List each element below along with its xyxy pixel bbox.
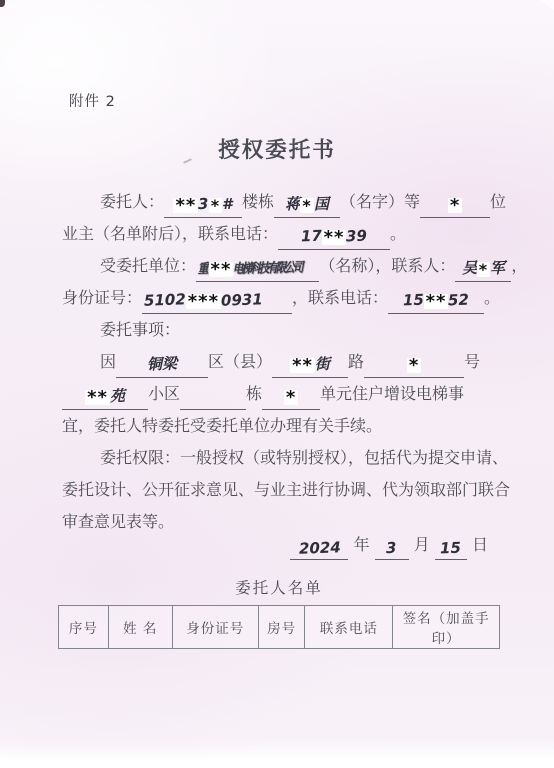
line-address-1: 因铜梁区（县）**街路*号	[62, 346, 508, 378]
principal-blank: **3*#	[164, 192, 242, 218]
handwriting-org: 重	[198, 258, 207, 282]
col-signature: 签名（加盖手印）	[393, 606, 500, 649]
period: 。	[390, 224, 406, 243]
mask-star: *	[284, 390, 298, 405]
estate-blank: **苑	[62, 384, 148, 410]
roster-heading: 委托人名单	[58, 576, 500, 598]
document-title: 授权委托书	[0, 133, 554, 164]
date-line: 2024 年 3 月 15 日	[290, 530, 488, 560]
handwriting-id: 5102	[144, 287, 187, 312]
owner-count-blank: *	[420, 192, 490, 218]
line-principal: 委托人：**3*#楼栋蒋*国（名字）等*位	[62, 186, 508, 218]
month-label: 月	[414, 535, 430, 554]
mask-star: *	[209, 198, 222, 213]
mask-star: *	[300, 198, 313, 213]
handwriting-phone: 17	[300, 224, 322, 249]
month-blank: 3	[375, 536, 409, 560]
contact-blank: 吴*军	[455, 256, 511, 282]
district-label: 区（县）	[208, 352, 272, 371]
id-blank: 5102***0931	[142, 288, 292, 314]
handwriting-org: 电梯科技有限公司	[233, 257, 302, 282]
agent-org-blank: 重**电梯科技有限公司	[196, 256, 319, 282]
roster-table: 序号 姓 名 身份证号 房号 联系电话 签名（加盖手印）	[58, 605, 500, 649]
because-label: 因	[100, 352, 116, 371]
day-label: 日	[472, 535, 488, 554]
handwriting-district: 铜梁	[147, 351, 178, 376]
line-authority-2: 委托设计、公开征求意见、与业主进行协调、代为领取部门联合	[62, 474, 508, 506]
line-agent-org: 受委托单位：重**电梯科技有限公司（名称），联系人：吴*军，	[62, 250, 508, 282]
mask-stars: **	[85, 390, 110, 405]
building-no-label: 栋	[246, 384, 262, 403]
scanned-document: 附件 2 授权委托书 委托人：**3*#楼栋蒋*国（名字）等*位 业主（名单附后…	[0, 0, 554, 768]
mask-star: *	[448, 198, 462, 213]
day-blank: 15	[435, 536, 467, 560]
mask-stars: **	[290, 358, 315, 373]
mask-stars: **	[209, 262, 234, 277]
district-blank: 铜梁	[116, 352, 208, 378]
owner-phone-blank: 17**39	[278, 224, 390, 250]
handwriting-phone: 39	[346, 224, 368, 249]
col-serial: 序号	[59, 606, 109, 649]
line-address-2: **苑小区栋*单元住户增设电梯事	[62, 378, 508, 410]
agent-org-label: 受委托单位：	[100, 256, 196, 275]
paper-fold-corner	[540, 0, 554, 10]
principal-label: 委托人：	[100, 192, 164, 211]
line-matters-label: 委托事项：	[62, 314, 508, 346]
col-id-number: 身份证号	[172, 606, 258, 649]
building-no-blank	[180, 384, 246, 410]
name-blank: 蒋*国	[274, 192, 340, 218]
comma: ，	[511, 256, 527, 275]
attachment-label: 附件 2	[69, 90, 116, 111]
handwriting-estate: 苑	[109, 384, 125, 409]
building-label: 楼栋	[242, 192, 274, 211]
agent-phone-label: ，联系电话：	[292, 288, 388, 307]
handwriting-phone: 15	[402, 288, 424, 313]
agent-phone-blank: 15**52	[388, 288, 484, 314]
handwriting-month: 3	[386, 536, 397, 560]
principal-roster: 委托人名单 序号 姓 名 身份证号 房号 联系电话 签名（加盖手印）	[58, 576, 500, 649]
mask-stars: **	[173, 198, 198, 213]
road-label: 路	[348, 352, 364, 371]
mask-stars: **	[424, 294, 449, 309]
line-authority-1: 委托权限：一般授权（或特别授权），包括代为提交申请、	[62, 442, 508, 474]
col-name: 姓 名	[108, 606, 172, 649]
matters-label: 委托事项：	[100, 320, 180, 339]
roster-header-row: 序号 姓 名 身份证号 房号 联系电话 签名（加盖手印）	[59, 606, 500, 649]
street-blank: **街	[272, 352, 348, 378]
handwriting: #	[222, 192, 233, 216]
unit-text: 单元住户增设电梯事	[320, 384, 464, 403]
name-suffix-label: （名字）等	[340, 192, 420, 211]
document-body: 委托人：**3*#楼栋蒋*国（名字）等*位 业主（名单附后），联系电话：17**…	[62, 186, 508, 538]
year-label: 年	[354, 535, 370, 554]
col-room: 房号	[258, 606, 305, 649]
scan-bottom-edge	[0, 748, 554, 768]
period: 。	[484, 288, 500, 307]
number-label: 号	[464, 352, 480, 371]
handwriting-id: 0931	[221, 287, 264, 312]
handwriting-street: 街	[315, 352, 331, 377]
scan-corner-artifact	[0, 0, 5, 7]
line-owner-phone: 业主（名单附后），联系电话：17**39。	[62, 218, 508, 250]
handwriting-day: 15	[440, 536, 462, 561]
year-blank: 2024	[290, 536, 348, 560]
handwriting-year: 2024	[298, 535, 341, 560]
handwriting: 3	[198, 192, 209, 216]
unit-no-blank: *	[262, 384, 320, 410]
mask-stars: ***	[186, 294, 221, 309]
handwriting-contact: 吴	[461, 256, 477, 281]
handwriting-contact: 军	[490, 256, 506, 281]
id-label: 身份证号：	[62, 288, 142, 307]
line-matters-tail: 宜，委托人特委托受委托单位办理有关手续。	[62, 410, 508, 442]
line-id-phone: 身份证号：5102***0931，联系电话：15**52。	[62, 282, 508, 314]
unit-label: 位	[490, 192, 506, 211]
contact-label: （名称），联系人：	[319, 256, 455, 275]
col-phone: 联系电话	[305, 606, 393, 649]
estate-label: 小区	[148, 384, 180, 403]
handwriting-name: 蒋	[285, 192, 301, 217]
mask-star: *	[477, 262, 490, 277]
mask-stars: **	[322, 230, 347, 245]
owner-phone-label: 业主（名单附后），联系电话：	[62, 224, 278, 243]
road-no-blank: *	[364, 352, 464, 378]
handwriting-name: 国	[313, 192, 329, 217]
mask-star: *	[407, 358, 421, 373]
handwriting-phone: 52	[448, 288, 470, 313]
